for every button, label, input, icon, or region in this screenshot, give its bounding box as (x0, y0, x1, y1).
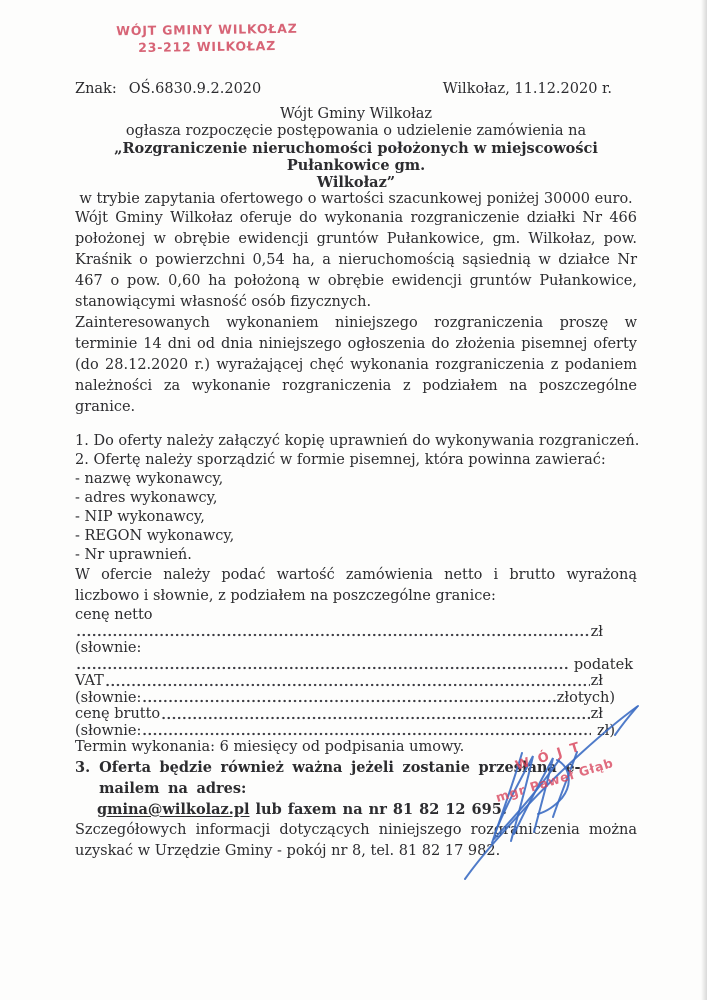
offer-value-intro: W ofercie należy podać wartość zamówieni… (75, 565, 637, 607)
reference-row: Znak:OŚ.6830.9.2.2020 Wilkołaz, 11.12.20… (75, 81, 637, 97)
currency-suffix: zł (591, 673, 603, 690)
announcement-subject-line1: „Rozgraniczenie nieruchomości położonych… (75, 140, 637, 174)
dotted-leader (76, 666, 568, 670)
paragraph-offer-description: Wójt Gminy Wilkołaz oferuje do wykonania… (75, 208, 637, 313)
requirement-dash-item: - nazwę wykonawcy, (75, 470, 637, 489)
announcement-procedure-line: w trybie zapytania ofertowego o wartości… (75, 191, 637, 208)
requirement-dash-item: - adres wykonawcy, (75, 489, 637, 508)
currency-suffix: zł (591, 624, 603, 641)
reference-number-group: Znak:OŚ.6830.9.2.2020 (75, 81, 261, 97)
requirement-item-1: 1. Do oferty należy załączyć kopię upraw… (75, 432, 637, 451)
reference-number: OŚ.6830.9.2.2020 (129, 81, 262, 97)
net-price-blank-line: zł (75, 624, 637, 641)
requirement-item-2: 2. Ofertę należy sporządzić w formie pis… (75, 451, 637, 470)
place-date: Wilkołaz, 11.12.2020 r. (443, 81, 637, 97)
announcement-subject-line2: Wilkołaz” (75, 174, 637, 191)
completion-term-text: Termin wykonania: 6 miesięcy od podpisan… (75, 739, 464, 756)
paragraph-deadline: Zainteresowanych wykonaniem niniejszego … (75, 313, 637, 418)
requirement-dash-item: - NIP wykonawcy, (75, 508, 637, 527)
office-header-stamp: WÓJT GMINY WILKOŁAZ 23-212 WILKOŁAZ (112, 20, 302, 57)
announcement-issuer: Wójt Gminy Wilkołaz (75, 106, 637, 123)
net-in-words-blank-line: podatek (75, 657, 637, 674)
scanned-document-page: WÓJT GMINY WILKOŁAZ 23-212 WILKOŁAZ Znak… (0, 0, 707, 1000)
vat-blank-line: VATzł (75, 673, 637, 690)
dotted-leader (76, 633, 590, 637)
email-address: gmina@wilkolaz.pl (97, 801, 249, 818)
handwritten-signature-icon (410, 693, 707, 913)
vat-word-suffix: podatek (574, 657, 633, 674)
vat-label: VAT (75, 673, 104, 690)
net-price-label-line: cenę netto (75, 607, 637, 624)
gross-price-label: cenę brutto (75, 706, 160, 723)
announcement-intro-line: ogłasza rozpoczęcie postępowania o udzie… (75, 123, 637, 140)
announcement-title-block: Wójt Gminy Wilkołaz ogłasza rozpoczęcie … (75, 106, 637, 208)
net-in-words-open-line: (słownie: (75, 640, 637, 657)
signature-area: WÓJT mgr Paweł Głąb (410, 693, 707, 913)
reference-label: Znak: (75, 81, 117, 97)
requirement-dash-item: - REGON wykonawcy, (75, 527, 637, 546)
net-price-label: cenę netto (75, 607, 153, 624)
requirements-list: 1. Do oferty należy załączyć kopię upraw… (75, 432, 637, 565)
requirement-dash-item: - Nr uprawnień. (75, 546, 637, 565)
dotted-leader (105, 683, 590, 687)
office-header-stamp-line2: 23-212 WILKOŁAZ (112, 37, 302, 57)
item3-number: 3. (75, 757, 90, 799)
